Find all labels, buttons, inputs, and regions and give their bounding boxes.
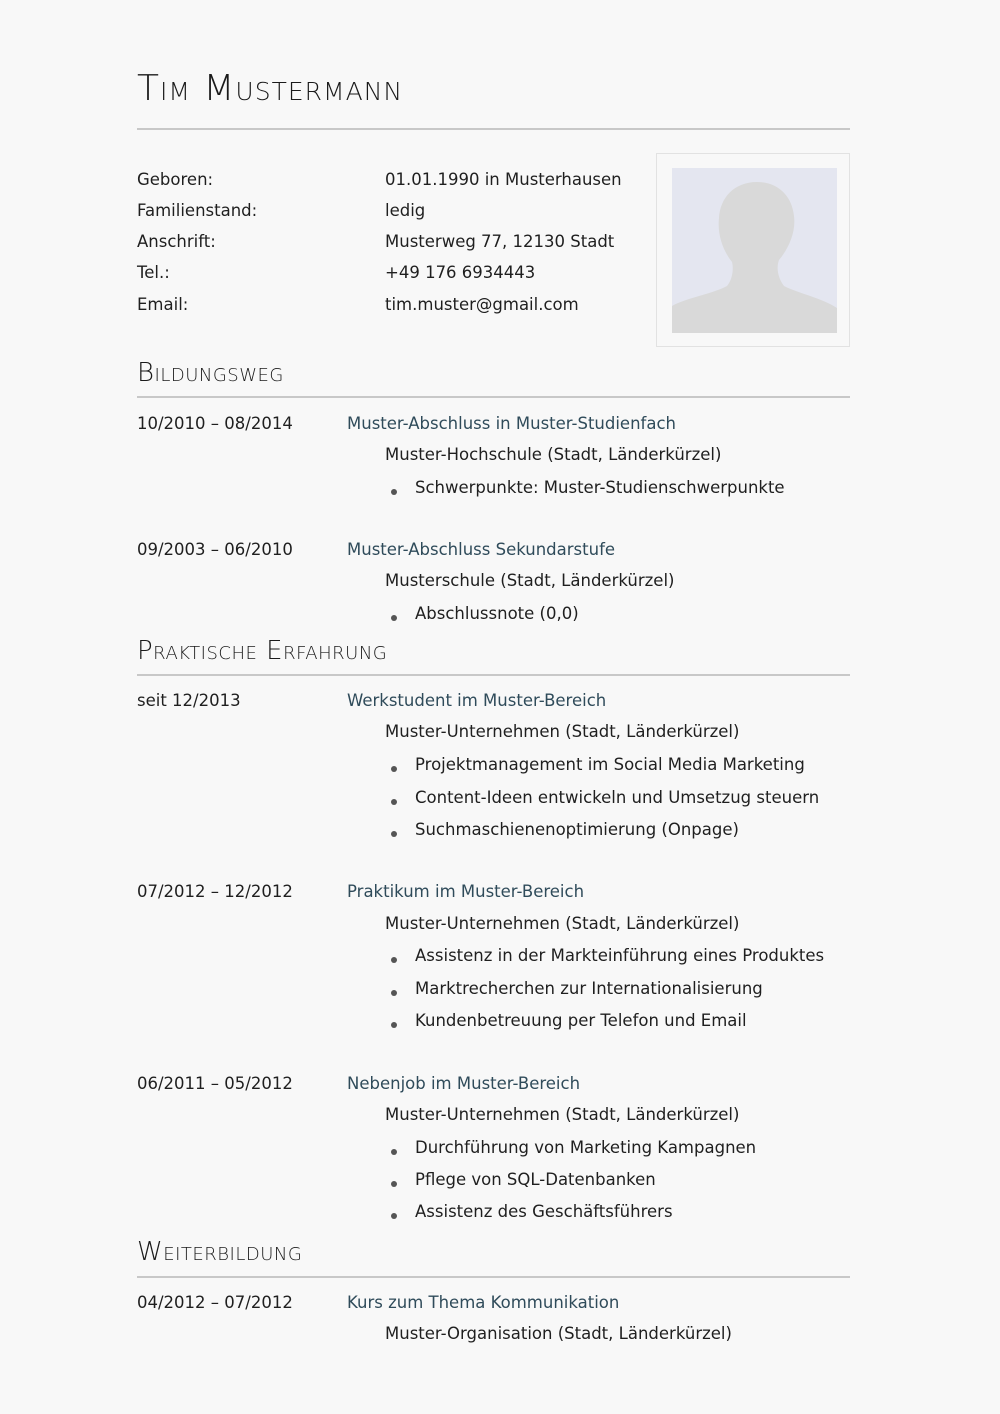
info-label-marital: Familienstand:: [137, 200, 257, 222]
bullet-icon: [391, 957, 397, 963]
info-label-email: Email:: [137, 294, 188, 316]
section-divider: [137, 1276, 850, 1278]
info-value-address: Musterweg 77, 12130 Stadt: [385, 231, 614, 253]
candidate-name: Tim Mustermann: [137, 78, 403, 100]
entry-role: Nebenjob im Muster-Bereich: [347, 1073, 580, 1095]
bullet-icon: [391, 1149, 397, 1155]
bullet-icon: [391, 1022, 397, 1028]
entry-date: 04/2012 – 07/2012: [137, 1292, 293, 1314]
info-label-phone: Tel.:: [137, 262, 170, 284]
cv-page: Tim Mustermann Geboren: 01.01.1990 in Mu…: [0, 0, 1000, 1414]
photo-frame: [656, 153, 850, 347]
info-label-birth: Geboren:: [137, 169, 213, 191]
bullet-icon: [391, 831, 397, 837]
person-silhouette-icon: [672, 168, 837, 333]
bullet-icon: [391, 766, 397, 772]
name-divider: [137, 128, 850, 130]
entry-date: 09/2003 – 06/2010: [137, 539, 293, 561]
entry-org: Muster-Organisation (Stadt, Länderkürzel…: [385, 1323, 732, 1345]
section-divider: [137, 674, 850, 676]
entry-org: Muster-Unternehmen (Stadt, Länderkürzel): [385, 913, 739, 935]
bullet-icon: [391, 990, 397, 996]
entry-date: 06/2011 – 05/2012: [137, 1073, 293, 1095]
entry-org: Muster-Unternehmen (Stadt, Länderkürzel): [385, 1104, 739, 1126]
entry-date: 07/2012 – 12/2012: [137, 881, 293, 903]
entry-org: Musterschule (Stadt, Länderkürzel): [385, 570, 674, 592]
entry-role: Muster-Abschluss Sekundarstufe: [347, 539, 615, 561]
entry-role: Muster-Abschluss in Muster-Studienfach: [347, 413, 676, 435]
entry-role: Kurs zum Thema Kommunikation: [347, 1292, 619, 1314]
info-value-email: tim.muster@gmail.com: [385, 294, 579, 316]
section-title-experience: Praktische Erfahrung: [137, 640, 387, 662]
section-title-education: Bildungsweg: [137, 362, 284, 384]
entry-date: 10/2010 – 08/2014: [137, 413, 293, 435]
bullet-icon: [391, 489, 397, 495]
info-value-birth: 01.01.1990 in Musterhausen: [385, 169, 622, 191]
section-divider: [137, 396, 850, 398]
info-label-address: Anschrift:: [137, 231, 216, 253]
bullet-icon: [391, 1213, 397, 1219]
bullet-icon: [391, 799, 397, 805]
entry-org: Muster-Unternehmen (Stadt, Länderkürzel): [385, 721, 739, 743]
entry-org: Muster-Hochschule (Stadt, Länderkürzel): [385, 444, 721, 466]
bullet-icon: [391, 615, 397, 621]
info-value-phone: +49 176 6934443: [385, 262, 535, 284]
section-title-further-education: Weiterbildung: [137, 1241, 302, 1263]
entry-role: Praktikum im Muster-Bereich: [347, 881, 584, 903]
bullet-icon: [391, 1181, 397, 1187]
entry-date: seit 12/2013: [137, 690, 241, 712]
entry-role: Werkstudent im Muster-Bereich: [347, 690, 606, 712]
info-value-marital: ledig: [385, 200, 425, 222]
